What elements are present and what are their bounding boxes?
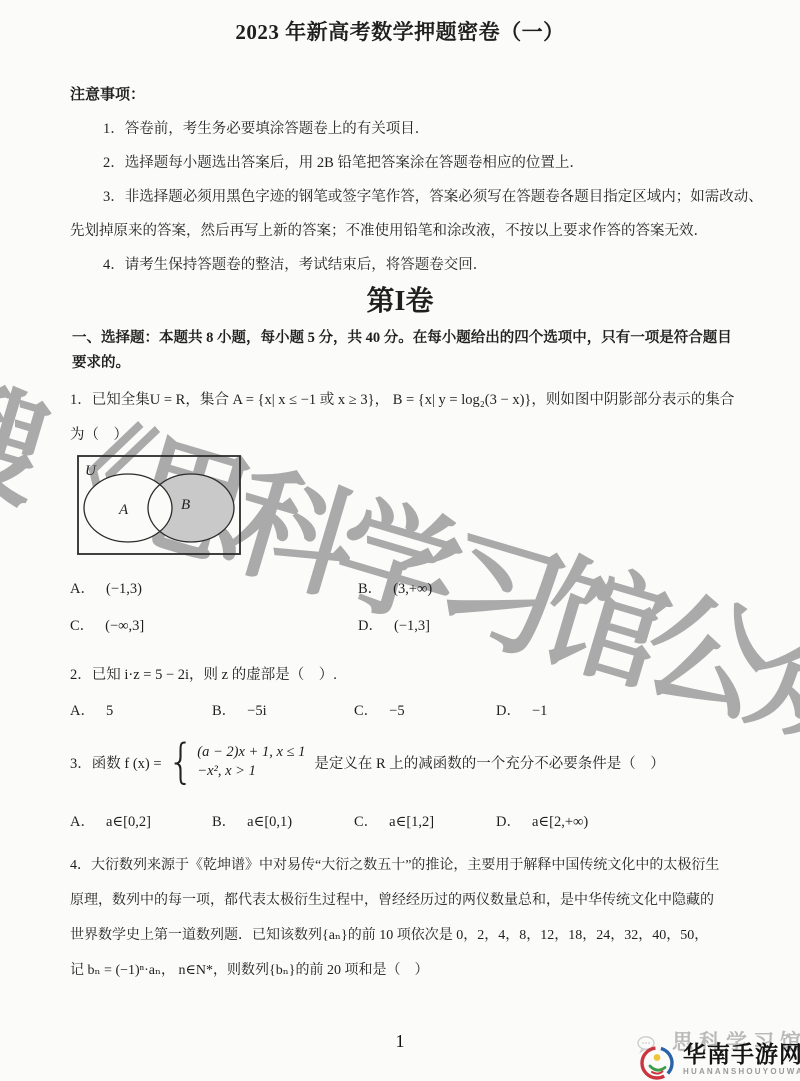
option-label: C． (354, 810, 378, 831)
venn-universe-label: U (85, 463, 97, 479)
option-label: D． (496, 810, 521, 831)
volume-heading: 第I卷 (0, 285, 800, 319)
option-value: a∈[2,+∞) (532, 814, 588, 831)
q1-option-a: A． (−1,3) (70, 577, 358, 598)
q1-options-row-2: C． (−∞,3] D． (−1,3] (70, 614, 800, 635)
q3-options: A． a∈[0,2] B． a∈[0,1) C． a∈[1,2] D． a∈[2… (70, 810, 800, 831)
notices-heading: 注意事项： (70, 83, 800, 104)
q2-option-d: D． −1 (496, 699, 638, 720)
q1-options-row-1: A． (−1,3) B． (3,+∞) (70, 577, 800, 598)
option-label: B． (358, 577, 382, 598)
notice-item-1: 1．答卷前，考生务必要填涂答题卷上的有关项目． (70, 112, 770, 146)
option-value: −5i (247, 703, 266, 720)
piecewise-brace: { (168, 738, 195, 785)
q1-stem: 1．已知全集U = R，集合 A = {x| x ≤ −1 或 x ≥ 3}， … (70, 390, 770, 411)
emblem-figure-head (654, 1054, 661, 1061)
q3-option-d: D． a∈[2,+∞) (496, 810, 638, 831)
bubble-dot (648, 1042, 650, 1044)
emblem-green-swoosh (650, 1066, 665, 1070)
option-value: −5 (389, 703, 404, 720)
option-label: B． (212, 699, 236, 720)
notice-item-2: 2．选择题每小题选出答案后，用 2B 铅笔把答案涂在答题卷相应的位置上． (70, 146, 770, 180)
q3-option-c: C． a∈[1,2] (354, 810, 496, 831)
q4-line-2: 原理，数列中的每一项，都代表太极衍生过程中，曾经经历过的两仪数量总和，是中华传统… (70, 883, 780, 918)
option-label: B． (212, 810, 236, 831)
notice-item-3: 3．非选择题必须用黑色字迹的钢笔或签字笔作答，答案必须写在答题卷各题目指定区域内… (70, 180, 770, 248)
option-value: −1 (532, 703, 547, 720)
venn-set-a-label: A (118, 502, 129, 518)
q1-stem-continuation: 为（ ） (70, 425, 770, 446)
q3-option-b: B． a∈[0,1) (212, 810, 354, 831)
q3-stem-prefix: 3．函数 f (x) = (70, 752, 162, 773)
piecewise-branches: (a − 2)x + 1, x ≤ 1 −x², x > 1 (197, 743, 305, 781)
option-label: C． (354, 699, 378, 720)
q4-line-3: 世界数学史上第一道数列题．已知该数列{aₙ}的前 10 项依次是 0，2，4，8… (70, 918, 780, 953)
option-label: D． (358, 614, 383, 635)
bubble-dot (645, 1042, 647, 1044)
q1-option-b: B． (3,+∞) (358, 577, 646, 598)
option-value: (−1,3] (394, 618, 430, 635)
section-instructions-line2: 要求的。 (72, 351, 770, 376)
q3-stem: 3．函数 f (x) = { (a − 2)x + 1, x ≤ 1 −x², … (70, 741, 770, 783)
notice-item-4: 4．请考生保持答题卷的整洁，考试结束后，将答题卷交回． (70, 248, 770, 282)
q1-option-d: D． (−1,3] (358, 614, 646, 635)
bubble-dot (642, 1042, 644, 1044)
option-label: C． (70, 614, 94, 635)
footer-logo-emblem-icon (634, 1035, 678, 1081)
footer-logo: 华南手游网 HUANANSHOUYOUWANG (634, 1035, 800, 1081)
q3-option-a: A． a∈[0,2] (70, 810, 212, 831)
q2-option-b: B． −5i (212, 699, 354, 720)
option-value: a∈[0,2] (106, 814, 151, 831)
q2-option-c: C． −5 (354, 699, 496, 720)
option-label: A． (70, 577, 95, 598)
exam-page: 搜《思科学习馆公众号 思科学习馆 2023 年新高考数学押题密卷（一） 注意事项… (0, 0, 800, 1081)
q3-stem-suffix: 是定义在 R 上的减函数的一个充分不必要条件是（ ） (314, 752, 664, 773)
option-value: (−1,3) (106, 581, 142, 598)
emblem-red-swoosh (652, 1072, 663, 1074)
notices-list: 1．答卷前，考生务必要填涂答题卷上的有关项目． 2．选择题每小题选出答案后，用 … (70, 112, 770, 282)
q1-option-c: C． (−∞,3] (70, 614, 358, 635)
q2-option-a: A． 5 (70, 699, 212, 720)
footer-logo-text: 华南手游网 HUANANSHOUYOUWANG (683, 1042, 800, 1076)
option-value: a∈[1,2] (389, 814, 434, 831)
venn-diagram: U A B (77, 455, 241, 555)
site-name-en: HUANANSHOUYOUWANG (683, 1067, 800, 1076)
option-label: A． (70, 810, 95, 831)
option-value: a∈[0,1) (247, 814, 292, 831)
page-title: 2023 年新高考数学押题密卷（一） (0, 0, 800, 46)
section-instructions-line1: 一、选择题：本题共 8 小题，每小题 5 分，共 40 分。在每小题给出的四个选… (72, 326, 770, 351)
venn-set-b-label: B (181, 497, 190, 513)
q4-line-4: 记 bₙ = (−1)ⁿ·aₙ， n∈N*，则数列{bₙ}的前 20 项和是（ … (70, 953, 780, 988)
option-label: D． (496, 699, 521, 720)
q2-stem: 2．已知 i·z = 5 − 2i，则 z 的虚部是（ ）. (70, 665, 770, 686)
option-value: (3,+∞) (393, 581, 432, 598)
option-label: A． (70, 699, 95, 720)
option-value: (−∞,3] (105, 618, 144, 635)
site-name-cn: 华南手游网 (683, 1042, 800, 1066)
venn-svg: U A B (77, 455, 241, 555)
q4-line-1: 4．大衍数列来源于《乾坤谱》中对易传“大衍之数五十”的推论，主要用于解释中国传统… (70, 848, 780, 883)
document-content: 2023 年新高考数学押题密卷（一） 注意事项： 1．答卷前，考生务必要填涂答题… (0, 0, 800, 988)
option-value: 5 (106, 703, 113, 720)
piecewise-branch-2: −x², x > 1 (197, 762, 305, 781)
q2-options: A． 5 B． −5i C． −5 D． −1 (70, 699, 800, 720)
piecewise-branch-1: (a − 2)x + 1, x ≤ 1 (197, 743, 305, 762)
